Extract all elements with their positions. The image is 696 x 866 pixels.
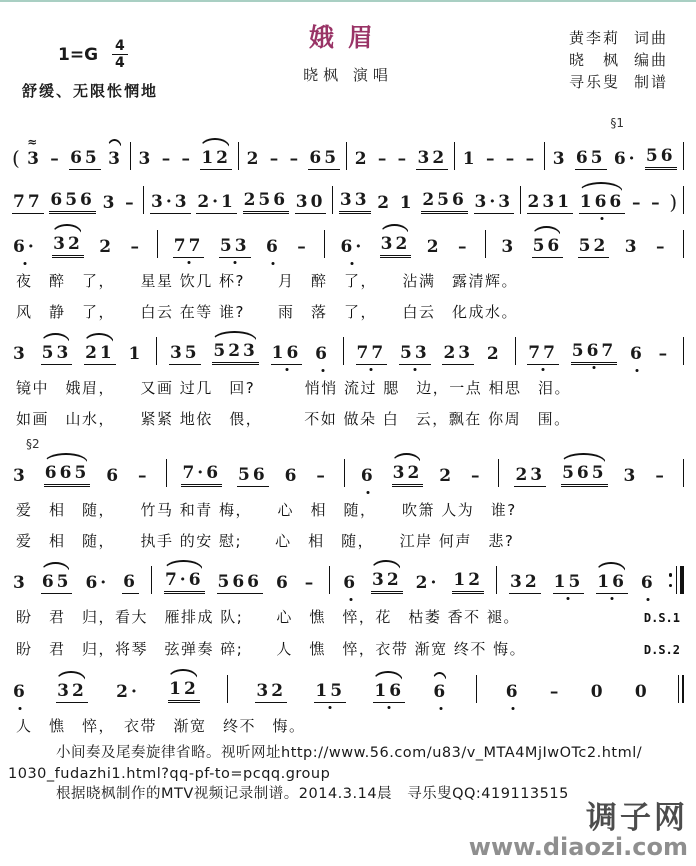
- lyric-line-8: 盼 君 归，将琴 弦弹奏 碎; 人 憔 悴，衣带 渐宽 终不 悔。 D.S.2: [16, 636, 680, 663]
- credit-line-lyricist: 黄李莉 词曲: [569, 28, 668, 50]
- credit-name: 黄李莉: [569, 28, 620, 50]
- watermark-site-url: www.diaozi.com: [469, 835, 688, 860]
- footer-notes: 小间奏及尾奏旋律省略。视听网址http://www.56.com/u83/v_M…: [0, 744, 696, 805]
- lyric-text: 镜中 娥眉， 又画 过几 回? 悄悄 流过 腮 边，一点 相思 泪。: [16, 375, 571, 401]
- music-line-4: 353211355231667753232775676–: [12, 331, 684, 365]
- key-signature: 1=G: [58, 45, 98, 65]
- lyric-line-6: 爱 相 随， 执手 的安 慰; 心 相 随， 江岸 何声 悲?: [16, 528, 680, 554]
- credits: 黄李莉 词曲 晓 枫 编曲 寻乐叟 制谱: [569, 28, 668, 93]
- music-line-5: 36656–7·6566–6322–235653–: [12, 453, 684, 487]
- header: 娥眉 晓枫 演唱 1=G 4 4 舒缓、无限怅惘地 黄李莉 词曲 晓 枫 编曲 …: [0, 2, 696, 130]
- lyric-line-2: 风 静 了， 白云 在等 谁? 雨 落 了， 白云 化成水。: [16, 299, 680, 325]
- lyric-text: 人 憔 悴， 衣带 渐宽 终不 悔。: [16, 713, 306, 739]
- lyric-text: 如画 山水， 紧紧 地依 偎， 不如 做朵 白 云，飘在 你周 围。: [16, 406, 571, 432]
- ds-mark-1: D.S.1: [644, 605, 680, 631]
- credit-line-transcriber: 寻乐叟 制谱: [569, 72, 668, 94]
- credit-name: 寻乐叟: [569, 72, 620, 94]
- watermark: 调子网 www.diaozi.com: [469, 802, 688, 860]
- time-signature: 4 4: [112, 38, 128, 71]
- lyric-text: 盼 君 归，看大 雁排成 队; 心 憔 悴，花 枯萎 香不 褪。: [16, 604, 520, 630]
- credit-role: 词曲: [634, 28, 668, 50]
- music-line-7: 6322·1232151666–00: [12, 669, 684, 703]
- lyric-text: 盼 君 归，将琴 弦弹奏 碎; 人 憔 悴，衣带 渐宽 终不 悔。: [16, 636, 526, 662]
- segno-mark-1: §1: [610, 116, 624, 130]
- segno-mark-2: §2: [26, 437, 696, 451]
- music-line-1: (3–6533––122––652––321–––3656·56: [12, 136, 684, 170]
- lyric-line-5: 爱 相 随， 竹马 和青 梅， 心 相 随， 吹箫 人为 谁?: [16, 497, 680, 523]
- time-signature-bottom: 4: [112, 55, 128, 71]
- lyric-line-4: 如画 山水， 紧紧 地依 偎， 不如 做朵 白 云，飘在 你周 围。: [16, 406, 680, 432]
- credit-role: 制谱: [634, 72, 668, 94]
- key-time-signature: 1=G 4 4: [58, 38, 128, 71]
- watermark-site-name: 调子网: [469, 802, 688, 835]
- lyric-line-7: 盼 君 归，看大 雁排成 队; 心 憔 悴，花 枯萎 香不 褪。 D.S.1: [16, 604, 680, 631]
- footer-note-2: 1030_fudazhi1.html?qq-pf-to=pcqq.group: [8, 765, 688, 785]
- lyric-text: 风 静 了， 白云 在等 谁? 雨 落 了， 白云 化成水。: [16, 299, 518, 325]
- music-line-3: 6·322–77536–6·322–356523–: [12, 224, 684, 258]
- lyric-line-3: 镜中 娥眉， 又画 过几 回? 悄悄 流过 腮 边，一点 相思 泪。: [16, 375, 680, 401]
- music-line-6: 3656·67·65666–6322·123215166: [12, 560, 684, 594]
- credit-name: 晓 枫: [569, 50, 620, 72]
- lyric-line-1: 夜 醉 了， 星星 饮几 杯? 月 醉 了， 沾满 露清辉。: [16, 268, 680, 294]
- ds-mark-2: D.S.2: [644, 637, 680, 663]
- sheet-music-page: 娥眉 晓枫 演唱 1=G 4 4 舒缓、无限怅惘地 黄李莉 词曲 晓 枫 编曲 …: [0, 0, 696, 866]
- tempo-marking: 舒缓、无限怅惘地: [22, 80, 158, 101]
- lyric-text: 爱 相 随， 竹马 和青 梅， 心 相 随， 吹箫 人为 谁?: [16, 497, 517, 523]
- music-line-2: 776563–3·32·12563033212563·3231166––): [12, 180, 684, 214]
- credit-role: 编曲: [634, 50, 668, 72]
- footer-note-1: 小间奏及尾奏旋律省略。视听网址http://www.56.com/u83/v_M…: [56, 744, 688, 764]
- lyric-line-9: 人 憔 悴， 衣带 渐宽 终不 悔。: [16, 713, 680, 739]
- lyric-text: 爱 相 随， 执手 的安 慰; 心 相 随， 江岸 何声 悲?: [16, 528, 514, 554]
- credit-line-arranger: 晓 枫 编曲: [569, 50, 668, 72]
- time-signature-top: 4: [112, 38, 128, 55]
- lyric-text: 夜 醉 了， 星星 饮几 杯? 月 醉 了， 沾满 露清辉。: [16, 268, 518, 294]
